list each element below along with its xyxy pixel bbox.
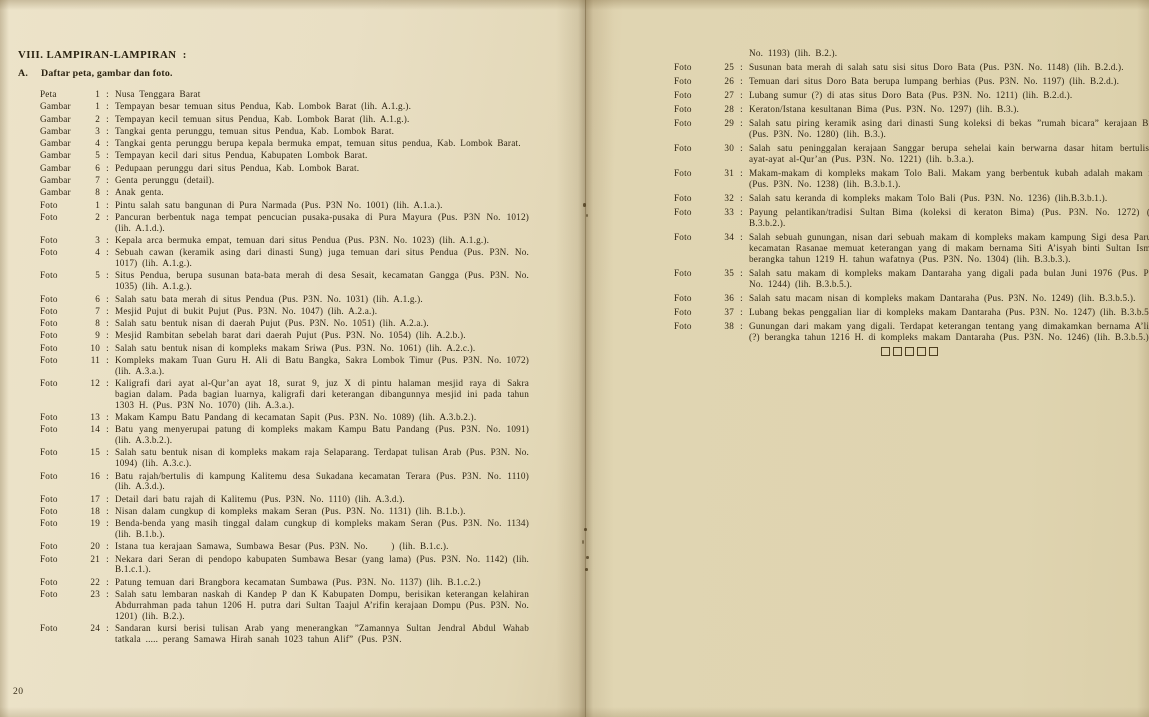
entry-text: Nisan dalam cungkup di kompleks makam Se… [115,506,529,517]
entry-number: 1 [85,101,100,112]
list-item: Foto 29 : Salah satu piring keramik asin… [585,118,1149,140]
appendix-list-left: Peta 1 : Nusa Tenggara Barat Gambar 1 : … [0,89,585,644]
list-item: Foto 21 : Nekara dari Seran di pendopo k… [0,554,585,576]
list-item: Foto 23 : Salah satu lembaran naskah di … [0,589,585,621]
entry-number: 5 [85,270,100,281]
entry-number: 2 [85,212,100,223]
list-item: Gambar 2 : Tempayan kecil temuan situs P… [0,114,585,125]
entry-number: 36 [719,293,734,304]
entry-label: Foto [40,577,85,588]
entry-text: Payung pelantikan/tradisi Sultan Bima (k… [749,207,1149,229]
entry-number: 3 [85,126,100,137]
entry-label: Foto [674,268,719,279]
list-item: Foto 26 : Temuan dari situs Doro Bata be… [585,76,1149,87]
entry-number: 21 [85,554,100,565]
entry-text: Tempayan kecil dari situs Pendua, Kabupa… [115,150,529,161]
entry-text: Pedupaan perunggu dari situs Pendua, Kab… [115,163,529,174]
entry-label: Foto [40,424,85,435]
entry-text: Tangkai genta perunggu, temuan situs Pen… [115,126,529,137]
list-item: Gambar 1 : Tempayan besar temuan situs P… [0,101,585,112]
entry-text: Makam Kampu Batu Pandang di kecamatan Sa… [115,412,529,423]
entry-label: Foto [40,270,85,281]
list-item: Foto 30 : Salah satu peninggalan kerajaa… [585,143,1149,165]
entry-number: 33 [719,207,734,218]
left-page: VIII. LAMPIRAN-LAMPIRAN : A.Daftar peta,… [0,0,585,717]
list-item: Foto 4 : Sebuah cawan (keramik asing dar… [0,247,585,269]
entry-label: Gambar [40,114,85,125]
entry-colon: : [734,62,749,73]
entry-text: Anak genta. [115,187,529,198]
list-item: Foto 7 : Mesjid Pujut di bukit Pujut (Pu… [0,306,585,317]
entry-text: Nusa Tenggara Barat [115,89,529,100]
entry-label: Foto [674,90,719,101]
list-item: Foto 13 : Makam Kampu Batu Pandang di ke… [0,412,585,423]
list-item: Foto 25 : Susunan bata merah di salah sa… [585,62,1149,73]
entry-text: Salah satu bata merah di situs Pendua (P… [115,294,529,305]
list-item: Foto 8 : Salah satu bentuk nisan di daer… [0,318,585,329]
list-item: Foto 9 : Mesjid Rambitan sebelah barat d… [0,330,585,341]
entry-number: 24 [85,623,100,634]
entry-number: 38 [719,321,734,332]
entry-text: Keraton/Istana kesultanan Bima (Pus. P3N… [749,104,1149,115]
entry-label: Foto [674,143,719,154]
entry-colon: : [734,143,749,154]
entry-label: Foto [674,62,719,73]
entry-text: Mesjid Rambitan sebelah barat dari daera… [115,330,529,341]
entry-text: Patung temuan dari Brangbora kecamatan S… [115,577,529,588]
list-item: Foto 36 : Salah satu macam nisan di komp… [585,293,1149,304]
entry-label: Foto [40,235,85,246]
entry-colon: : [100,163,115,174]
list-item: Foto 27 : Lubang sumur (?) di atas situs… [585,90,1149,101]
list-item: Foto 5 : Situs Pendua, berupa susunan ba… [0,270,585,292]
entry-colon: : [100,554,115,565]
entry-colon: : [100,577,115,588]
list-item: Foto 38 : Gunungan dari makam yang digal… [585,321,1149,343]
entry-text: Mesjid Pujut di bukit Pujut (Pus. P3N. N… [115,306,529,317]
subsection-heading: A.Daftar peta, gambar dan foto. [18,68,585,79]
entry-colon: : [734,293,749,304]
entry-number: 9 [85,330,100,341]
entry-label: Foto [40,506,85,517]
list-item: Foto 17 : Detail dari batu rajah di Kali… [0,494,585,505]
entry-label: Peta [40,89,85,100]
list-item: Foto 34 : Salah sebuah gunungan, nisan d… [585,232,1149,264]
entry-text: Salah satu piring keramik asing dari din… [749,118,1149,140]
entry-label: Gambar [40,101,85,112]
list-item: Gambar 7 : Genta perunggu (detail). [0,175,585,186]
entry-colon: : [100,235,115,246]
list-item: Foto 11 : Kompleks makam Tuan Guru H. Al… [0,355,585,377]
list-item: Foto 2 : Pancuran berbentuk naga tempat … [0,212,585,234]
end-mark-square [893,347,902,356]
entry-label: Foto [674,321,719,332]
entry-number: 29 [719,118,734,129]
entry-number: 1 [85,200,100,211]
entry-label: Foto [674,168,719,179]
end-mark-square [917,347,926,356]
entry-text: Genta perunggu (detail). [115,175,529,186]
entry-colon: : [100,294,115,305]
entry-text: Salah satu makam di kompleks makam Danta… [749,268,1149,290]
entry-label: Foto [674,104,719,115]
list-item: Gambar 4 : Tangkai genta perunggu berupa… [0,138,585,149]
entry-colon: : [734,268,749,279]
entry-number: 23 [85,589,100,600]
entry-text: Sandaran kursi berisi tulisan Arab yang … [115,623,529,645]
entry-colon: : [100,471,115,482]
entry-colon: : [100,270,115,281]
entry-label: Gambar [40,163,85,174]
list-item: No. 1193) (lih. B.2.). [585,48,1149,59]
entry-label: Gambar [40,187,85,198]
entry-text: Situs Pendua, berupa susunan bata-bata m… [115,270,529,292]
entry-label: Foto [674,232,719,243]
entry-label: Foto [674,307,719,318]
entry-colon: : [100,330,115,341]
list-item: Foto 14 : Batu yang menyerupai patung di… [0,424,585,446]
list-item: Gambar 8 : Anak genta. [0,187,585,198]
end-mark-square [881,347,890,356]
list-item: Foto 16 : Batu rajah/bertulis di kampung… [0,471,585,493]
entry-text: Makam-makam di kompleks makam Tolo Bali.… [749,168,1149,190]
entry-number: 17 [85,494,100,505]
entry-label: Foto [674,293,719,304]
entry-text: Gunungan dari makam yang digali. Terdapa… [749,321,1149,343]
entry-number: 16 [85,471,100,482]
entry-label: Foto [40,378,85,389]
entry-colon: : [100,212,115,223]
list-item: Peta 1 : Nusa Tenggara Barat [0,89,585,100]
list-item: Foto 20 : Istana tua kerajaan Samawa, Su… [0,541,585,552]
entry-number: 11 [85,355,100,366]
entry-number: 1 [85,89,100,100]
entry-label: Gambar [40,150,85,161]
entry-label: Foto [40,541,85,552]
entry-number: 6 [85,163,100,174]
entry-number: 5 [85,150,100,161]
entry-number: 18 [85,506,100,517]
entry-number: 15 [85,447,100,458]
entry-label: Foto [40,200,85,211]
entry-label: Foto [40,330,85,341]
list-item: Foto 12 : Kaligrafi dari ayat al-Qur’an … [0,378,585,410]
entry-text: Pancuran berbentuk naga tempat pencucian… [115,212,529,234]
entry-number: 22 [85,577,100,588]
list-item: Foto 35 : Salah satu makam di kompleks m… [585,268,1149,290]
entry-text: Detail dari batu rajah di Kalitemu (Pus.… [115,494,529,505]
entry-colon: : [100,518,115,529]
entry-number: 7 [85,306,100,317]
entry-colon: : [100,89,115,100]
entry-number: 20 [85,541,100,552]
entry-colon: : [100,343,115,354]
entry-colon: : [100,150,115,161]
entry-label: Gambar [40,175,85,186]
entry-text: Salah sebuah gunungan, nisan dari sebuah… [749,232,1149,264]
entry-label: Foto [40,343,85,354]
entry-text: Benda-benda yang masih tinggal dalam cun… [115,518,529,540]
list-item: Foto 1 : Pintu salah satu bangunan di Pu… [0,200,585,211]
entry-number: 19 [85,518,100,529]
entry-label: Foto [40,518,85,529]
entry-text: Salah satu bentuk nisan di kompleks maka… [115,343,529,354]
entry-number: 8 [85,187,100,198]
list-item: Foto 3 : Kepala arca bermuka empat, temu… [0,235,585,246]
entry-number: 3 [85,235,100,246]
entry-label: Gambar [40,138,85,149]
book-spread: { "left_page": { "heading": "VIII. LAMPI… [0,0,1149,717]
entry-number: 27 [719,90,734,101]
list-item: Gambar 5 : Tempayan kecil dari situs Pen… [0,150,585,161]
entry-number: 35 [719,268,734,279]
entry-colon: : [100,447,115,458]
entry-label: Foto [40,554,85,565]
entry-colon: : [100,318,115,329]
entry-number: 34 [719,232,734,243]
entry-colon: : [734,104,749,115]
subsection-label: A. [18,68,28,79]
entry-label: Foto [674,118,719,129]
entry-colon: : [100,412,115,423]
entry-colon: : [734,307,749,318]
entry-label: Foto [674,207,719,218]
entry-text: Tempayan kecil temuan situs Pendua, Kab.… [115,114,529,125]
entry-colon: : [734,232,749,243]
entry-label: Foto [674,193,719,204]
entry-text: Salah satu bentuk nisan di kompleks maka… [115,447,529,469]
subsection-title: Daftar peta, gambar dan foto. [41,68,173,79]
entry-colon: : [734,168,749,179]
list-item: Foto 15 : Salah satu bentuk nisan di kom… [0,447,585,469]
entry-colon: : [100,506,115,517]
list-item: Foto 31 : Makam-makam di kompleks makam … [585,168,1149,190]
entry-label: Gambar [40,126,85,137]
entry-text: Temuan dari situs Doro Bata berupa lumpa… [749,76,1149,87]
entry-label: Foto [40,306,85,317]
entry-colon: : [100,494,115,505]
entry-label: Foto [40,447,85,458]
entry-text: Salah satu macam nisan di kompleks makam… [749,293,1149,304]
entry-colon: : [734,193,749,204]
entry-colon: : [734,321,749,332]
entry-text: Kompleks makam Tuan Guru H. Ali di Batu … [115,355,529,377]
entry-text: Batu yang menyerupai patung di kompleks … [115,424,529,446]
entry-colon: : [100,589,115,600]
list-item: Foto 24 : Sandaran kursi berisi tulisan … [0,623,585,645]
entry-label: Foto [40,494,85,505]
entry-colon: : [100,623,115,634]
entry-text: Salah satu peninggalan kerajaan Sanggar … [749,143,1149,165]
entry-label: Foto [40,412,85,423]
list-item: Gambar 6 : Pedupaan perunggu dari situs … [0,163,585,174]
entry-number: 2 [85,114,100,125]
entry-label: Foto [40,294,85,305]
entry-text: No. 1193) (lih. B.2.). [749,48,1149,59]
list-item: Foto 28 : Keraton/Istana kesultanan Bima… [585,104,1149,115]
entry-colon: : [100,138,115,149]
entry-colon: : [100,114,115,125]
entry-text: Lubang sumur (?) di atas situs Doro Bata… [749,90,1149,101]
entry-colon: : [100,187,115,198]
list-item: Foto 19 : Benda-benda yang masih tinggal… [0,518,585,540]
entry-colon: : [100,200,115,211]
end-mark-square [905,347,914,356]
entry-label: Foto [40,247,85,258]
appendix-list-right: No. 1193) (lih. B.2.). Foto 25 : Susunan… [585,0,1149,342]
list-item: Foto 37 : Lubang bekas penggalian liar d… [585,307,1149,318]
right-page: No. 1193) (lih. B.2.). Foto 25 : Susunan… [585,0,1149,717]
entry-text: Kaligrafi dari ayat al-Qur’an ayat 18, s… [115,378,529,410]
entry-text: Salah satu lembaran naskah di Kandep P d… [115,589,529,621]
entry-label: Foto [40,212,85,223]
entry-number: 26 [719,76,734,87]
end-mark-square [929,347,938,356]
entry-colon: : [100,378,115,389]
entry-text: Susunan bata merah di salah satu sisi si… [749,62,1149,73]
entry-number: 6 [85,294,100,305]
entry-label: Foto [40,471,85,482]
entry-text: Nekara dari Seran di pendopo kabupaten S… [115,554,529,576]
entry-number: 4 [85,247,100,258]
entry-number: 31 [719,168,734,179]
entry-number: 10 [85,343,100,354]
entry-colon: : [100,101,115,112]
entry-number: 32 [719,193,734,204]
entry-label: Foto [674,76,719,87]
entry-text: Salah satu keranda di kompleks makam Tol… [749,193,1149,204]
entry-number: 14 [85,424,100,435]
entry-number: 8 [85,318,100,329]
entry-label: Foto [40,318,85,329]
entry-colon: : [100,247,115,258]
list-item: Foto 32 : Salah satu keranda di kompleks… [585,193,1149,204]
entry-number: 7 [85,175,100,186]
entry-colon: : [100,306,115,317]
entry-label: Foto [40,355,85,366]
entry-colon: : [100,175,115,186]
entry-text: Tempayan besar temuan situs Pendua, Kab.… [115,101,529,112]
entry-number: 4 [85,138,100,149]
entry-colon: : [100,424,115,435]
entry-text: Pintu salah satu bangunan di Pura Narmad… [115,200,529,211]
entry-text: Kepala arca bermuka empat, temuan dari s… [115,235,529,246]
entry-colon: : [100,355,115,366]
entry-text: Istana tua kerajaan Samawa, Sumbawa Besa… [115,541,529,552]
entry-text: Sebuah cawan (keramik asing dari dinasti… [115,247,529,269]
page-number: 20 [13,686,24,697]
entry-number: 30 [719,143,734,154]
entry-text: Lubang bekas penggalian liar di kompleks… [749,307,1149,318]
entry-colon: : [734,90,749,101]
list-item: Foto 22 : Patung temuan dari Brangbora k… [0,577,585,588]
end-marks [881,347,1149,356]
list-item: Foto 33 : Payung pelantikan/tradisi Sult… [585,207,1149,229]
entry-colon: : [100,541,115,552]
entry-number: 12 [85,378,100,389]
entry-text: Batu rajah/bertulis di kampung Kalitemu … [115,471,529,493]
list-item: Foto 18 : Nisan dalam cungkup di komplek… [0,506,585,517]
entry-text: Salah satu bentuk nisan di daerah Pujut … [115,318,529,329]
entry-colon: : [734,207,749,218]
entry-colon: : [734,118,749,129]
entry-number: 28 [719,104,734,115]
entry-number: 37 [719,307,734,318]
entry-number: 25 [719,62,734,73]
section-heading: VIII. LAMPIRAN-LAMPIRAN : [18,49,585,61]
list-item: Foto 6 : Salah satu bata merah di situs … [0,294,585,305]
entry-text: Tangkai genta perunggu berupa kepala ber… [115,138,529,149]
entry-number: 13 [85,412,100,423]
entry-colon: : [100,126,115,137]
entry-label: Foto [40,623,85,634]
list-item: Gambar 3 : Tangkai genta perunggu, temua… [0,126,585,137]
entry-label: Foto [40,589,85,600]
list-item: Foto 10 : Salah satu bentuk nisan di kom… [0,343,585,354]
entry-colon: : [734,76,749,87]
